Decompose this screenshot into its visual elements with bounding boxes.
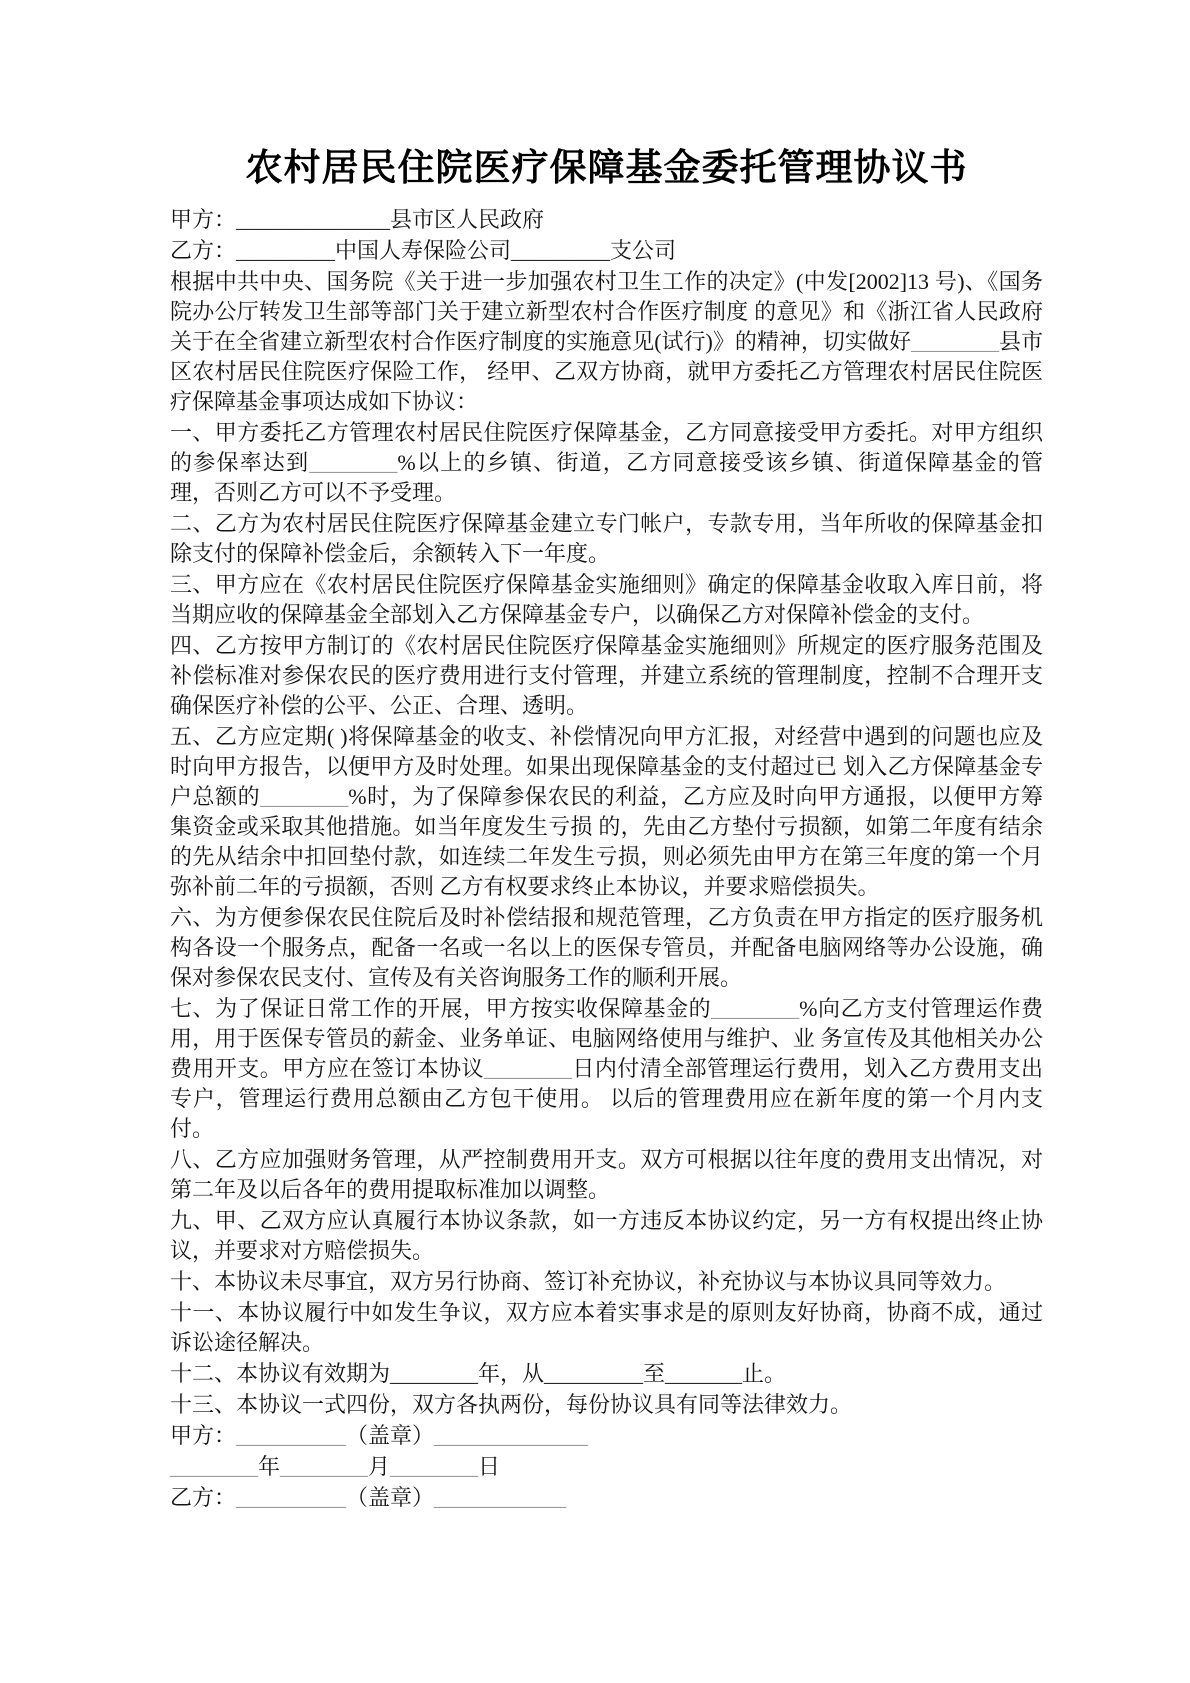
- date-line: ________年________月________日: [170, 1452, 1043, 1482]
- preamble: 根据中共中央、国务院《关于进一步加强农村卫生工作的决定》(中发[2002]13 …: [170, 267, 1043, 417]
- party-b-line: 乙方：_________中国人寿保险公司_________支公司: [170, 236, 1043, 266]
- clause-2: 二、乙方为农村居民住院医疗保障基金建立专门帐户，专款专用，当年所收的保障基金扣除…: [170, 509, 1043, 569]
- document-page: 农村居民住院医疗保障基金委托管理协议书 甲方：______________县市区…: [0, 0, 1190, 1683]
- blank-line: ________: [260, 784, 348, 809]
- clause-1: 一、甲方委托乙方管理农村居民住院医疗保障基金，乙方同意接受甲方委托。对甲方组织的…: [170, 418, 1043, 508]
- blank-line: _________: [236, 238, 335, 263]
- clause-13: 十三、本协议一式四份，双方各执两份，每份协议具有同等法律效力。: [170, 1390, 1043, 1420]
- party-a-line: 甲方：______________县市区人民政府: [170, 205, 1043, 235]
- document-body: 甲方：______________县市区人民政府乙方：_________中国人寿…: [170, 205, 1043, 1513]
- clause-11: 十一、本协议履行中如发生争议，双方应本着实事求是的原则友好协商，协商不成，通过诉…: [170, 1298, 1043, 1358]
- blank-line: ______________: [236, 207, 390, 232]
- blank-line: ________: [911, 329, 999, 354]
- blank-line: ______________: [434, 1423, 588, 1448]
- clause-8: 八、乙方应加强财务管理，从严控制费用开支。双方可根据以往年度的费用支出情况，对第…: [170, 1145, 1043, 1205]
- document-title: 农村居民住院医疗保障基金委托管理协议书: [170, 146, 1043, 192]
- clause-5: 五、乙方应定期( )将保障基金的收支、补偿情况向甲方汇报，对经营中遇到的问题也应…: [170, 722, 1043, 902]
- blank-line: ________: [170, 1454, 258, 1479]
- clause-9: 九、甲、乙双方应认真履行本协议条款，如一方违反本协议约定，另一方有权提出终止协议…: [170, 1206, 1043, 1266]
- blank-line: ________: [390, 1454, 478, 1479]
- blank-line: _________: [544, 1361, 643, 1386]
- clause-3: 三、甲方应在《农村居民住院医疗保障基金实施细则》确定的保障基金收取入库日前，将当…: [170, 570, 1043, 630]
- blank-line: _________: [511, 238, 610, 263]
- blank-line: ________: [484, 1056, 572, 1081]
- blank-line: ____________: [434, 1485, 566, 1510]
- clause-4: 四、乙方按甲方制订的《农村居民住院医疗保障基金实施细则》所规定的医疗服务范围及补…: [170, 631, 1043, 721]
- clause-7: 七、为了保证日常工作的开展，甲方按实收保障基金的________%向乙方支付管理…: [170, 994, 1043, 1144]
- clause-12: 十二、本协议有效期为________年，从_________至_______止。: [170, 1359, 1043, 1389]
- blank-line: ________: [309, 450, 397, 475]
- clause-10: 十、本协议未尽事宜，双方另行协商、签订补充协议，补充协议与本协议具同等效力。: [170, 1267, 1043, 1297]
- blank-line: _______: [665, 1361, 742, 1386]
- blank-line: ________: [390, 1361, 478, 1386]
- blank-line: __________: [236, 1423, 346, 1448]
- party-a-signature-line: 甲方：__________（盖章）______________: [170, 1421, 1043, 1451]
- blank-line: ________: [280, 1454, 368, 1479]
- blank-line: ________: [711, 996, 799, 1021]
- party-b-signature-line: 乙方：__________（盖章）____________: [170, 1483, 1043, 1513]
- blank-line: __________: [236, 1485, 346, 1510]
- clause-6: 六、为方便参保农民住院后及时补偿结报和规范管理，乙方负责在甲方指定的医疗服务机构…: [170, 903, 1043, 993]
